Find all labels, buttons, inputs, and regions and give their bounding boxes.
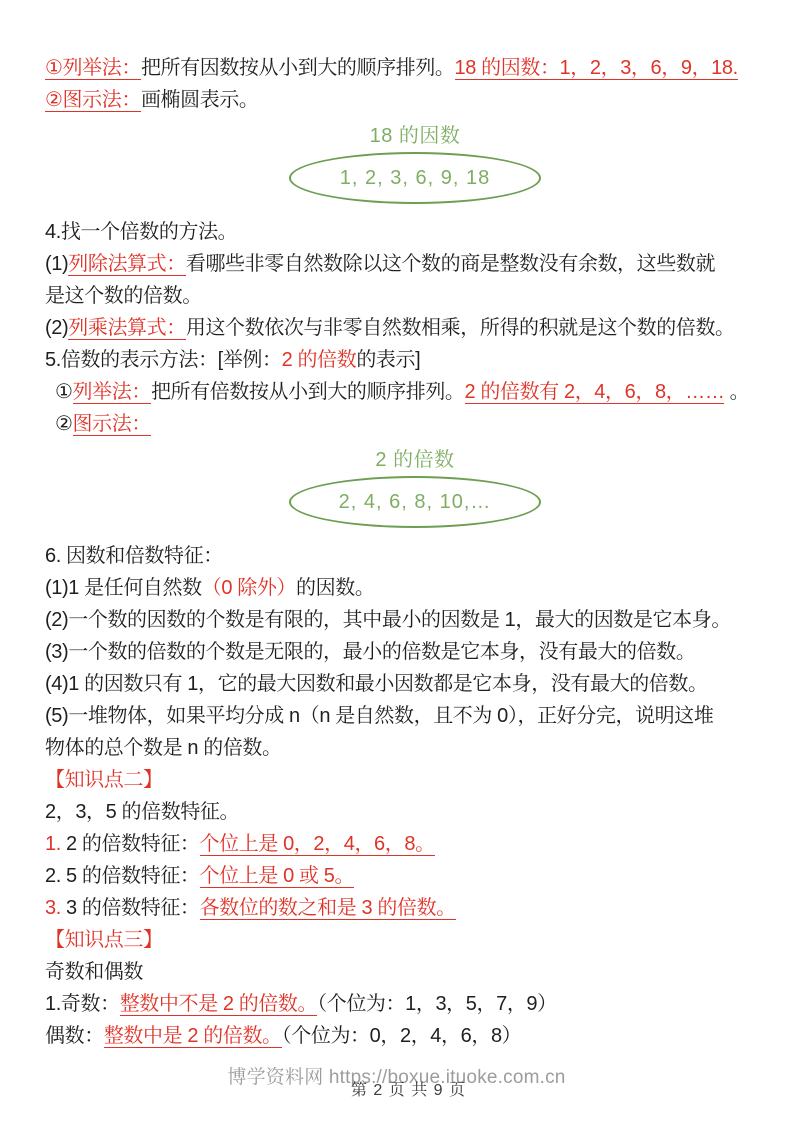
- document-body: ①列举法：把所有因数按从小到大的顺序排列。18 的因数：1，2，3，6，9，18…: [45, 52, 757, 1052]
- text-segment: 整数中不是 2 的倍数。: [120, 993, 317, 1016]
- text-segment: 画椭圆表示。: [141, 89, 259, 111]
- text-segment: 【知识点二】: [45, 769, 163, 791]
- text-line: (4)1 的因数只有 1，它的最大因数和最小因数都是它本身，没有最大的倍数。: [45, 668, 757, 700]
- text-line: 2，3，5 的倍数特征。: [45, 796, 757, 828]
- text-line: 奇数和偶数: [45, 956, 757, 988]
- text-segment: 4.找一个倍数的方法。: [45, 221, 237, 243]
- text-line: (2)一个数的因数的个数是有限的，其中最小的因数是 1，最大的因数是它本身。: [45, 604, 757, 636]
- text-line: (3)一个数的倍数的个数是无限的，最小的倍数是它本身，没有最大的倍数。: [45, 636, 757, 668]
- text-segment: 2. 5 的倍数特征：: [45, 865, 200, 887]
- text-line: (5)一堆物体，如果平均分成 n（n 是自然数，且不为 0），正好分完，说明这堆: [45, 700, 757, 732]
- text-line: (1)列除法算式：看哪些非零自然数除以这个数的商是整数没有余数，这些数就: [45, 248, 757, 280]
- text-segment: 1.: [45, 833, 61, 855]
- text-line: 1. 2 的倍数特征：个位上是 0，2，4，6，8。: [45, 828, 757, 860]
- text-segment: 3.: [45, 897, 61, 919]
- ellipse-shape: 2, 4, 6, 8, 10,…: [289, 476, 541, 528]
- text-line: 1.奇数：整数中不是 2 的倍数。（个位为：1，3，5，7，9）: [45, 988, 757, 1020]
- text-line: 物体的总个数是 n 的倍数。: [45, 732, 757, 764]
- text-segment: 2 的倍数特征：: [61, 833, 200, 855]
- text-segment: 图示法：: [73, 413, 151, 436]
- text-line: ②图示法：画椭圆表示。: [45, 84, 757, 116]
- text-segment: 奇数和偶数: [45, 961, 143, 983]
- text-line: (2)列乘法算式：用这个数依次与非零自然数相乘，所得的积就是这个数的倍数。: [45, 312, 757, 344]
- oval-diagram: 18 的因数1, 2, 3, 6, 9, 18: [59, 122, 771, 204]
- ellipse-values: 1, 2, 3, 6, 9, 18: [340, 167, 490, 190]
- text-line: ①列举法：把所有倍数按从小到大的顺序排列。2 的倍数有 2，4，6，8，…… 。: [45, 376, 757, 408]
- text-segment: 6. 因数和倍数特征：: [45, 545, 223, 567]
- text-segment: 的因数。: [296, 577, 374, 599]
- text-segment: 1.奇数：: [45, 993, 120, 1015]
- text-segment: 2 的倍数有 2，4，6，8，……: [465, 381, 725, 404]
- text-line: 5.倍数的表示方法：[举例：2 的倍数的表示]: [45, 344, 757, 376]
- text-segment: (3)一个数的倍数的个数是无限的，最小的倍数是它本身，没有最大的倍数。: [45, 641, 695, 663]
- text-line: 【知识点二】: [45, 764, 757, 796]
- text-segment: 偶数：: [45, 1025, 104, 1047]
- text-segment: 3 的倍数特征：: [61, 897, 200, 919]
- document-page: ①列举法：把所有因数按从小到大的顺序排列。18 的因数：1，2，3，6，9，18…: [0, 0, 793, 1122]
- text-segment: 物体的总个数是 n 的倍数。: [45, 737, 282, 759]
- text-segment: 列除法算式：: [68, 253, 186, 276]
- text-segment: ②图示法：: [45, 89, 141, 112]
- text-line: ②图示法：: [45, 408, 757, 440]
- diagram-title: 2 的倍数: [59, 446, 771, 474]
- text-line: 偶数：整数中是 2 的倍数。（个位为：0，2，4，6，8）: [45, 1020, 757, 1052]
- text-segment: (2)一个数的因数的个数是有限的，其中最小的因数是 1，最大的因数是它本身。: [45, 609, 731, 631]
- ellipse-shape: 1, 2, 3, 6, 9, 18: [289, 152, 541, 204]
- text-segment: 整数中是 2 的倍数。: [104, 1025, 282, 1048]
- text-segment: 。: [724, 381, 749, 403]
- text-segment: 5.倍数的表示方法：[举例：: [45, 349, 282, 371]
- text-line: 3. 3 的倍数特征：各数位的数之和是 3 的倍数。: [45, 892, 757, 924]
- text-segment: 的表示]: [356, 349, 420, 371]
- text-line: 2. 5 的倍数特征：个位上是 0 或 5。: [45, 860, 757, 892]
- oval-diagram: 2 的倍数2, 4, 6, 8, 10,…: [59, 446, 771, 528]
- ellipse-values: 2, 4, 6, 8, 10,…: [339, 491, 492, 514]
- text-segment: 2 的倍数: [282, 349, 357, 371]
- text-segment: 列举法：: [73, 381, 151, 404]
- text-segment: （0 除外）: [202, 577, 296, 599]
- text-segment: 【知识点三】: [45, 929, 163, 951]
- text-segment: 个位上是 0，2，4，6，8。: [200, 833, 435, 856]
- text-line: 是这个数的倍数。: [45, 280, 757, 312]
- text-line: 【知识点三】: [45, 924, 757, 956]
- text-segment: 看哪些非零自然数除以这个数的商是整数没有余数，这些数就: [186, 253, 715, 275]
- text-segment: （个位为：1，3，5，7，9）: [317, 993, 557, 1015]
- text-segment: （个位为：0，2，4，6，8）: [282, 1025, 522, 1047]
- text-line: ①列举法：把所有因数按从小到大的顺序排列。18 的因数：1，2，3，6，9，18…: [45, 52, 757, 84]
- text-segment: 个位上是 0 或 5。: [200, 865, 355, 888]
- text-segment: ①: [55, 381, 73, 403]
- text-line: (1)1 是任何自然数（0 除外）的因数。: [45, 572, 757, 604]
- text-segment: 是这个数的倍数。: [45, 285, 202, 307]
- text-segment: 列乘法算式：: [68, 317, 186, 340]
- text-segment: (1)1 是任何自然数: [45, 577, 202, 599]
- text-segment: 18 的因数：1，2，3，6，9，18.: [455, 57, 738, 80]
- text-segment: 各数位的数之和是 3 的倍数。: [200, 897, 456, 920]
- text-segment: (1): [45, 253, 68, 275]
- text-segment: 用这个数依次与非零自然数相乘，所得的积就是这个数的倍数。: [186, 317, 735, 339]
- text-segment: (4)1 的因数只有 1，它的最大因数和最小因数都是它本身，没有最大的倍数。: [45, 673, 708, 695]
- text-segment: ②: [55, 413, 73, 435]
- text-segment: (5)一堆物体，如果平均分成 n（n 是自然数，且不为 0），正好分完，说明这堆: [45, 705, 713, 727]
- text-segment: 把所有倍数按从小到大的顺序排列。: [151, 381, 465, 403]
- text-segment: (2): [45, 317, 68, 339]
- diagram-title: 18 的因数: [59, 122, 771, 150]
- text-segment: 把所有因数按从小到大的顺序排列。: [141, 57, 455, 79]
- text-segment: ①列举法：: [45, 57, 141, 80]
- text-segment: 2，3，5 的倍数特征。: [45, 801, 239, 823]
- text-line: 4.找一个倍数的方法。: [45, 216, 757, 248]
- text-line: 6. 因数和倍数特征：: [45, 540, 757, 572]
